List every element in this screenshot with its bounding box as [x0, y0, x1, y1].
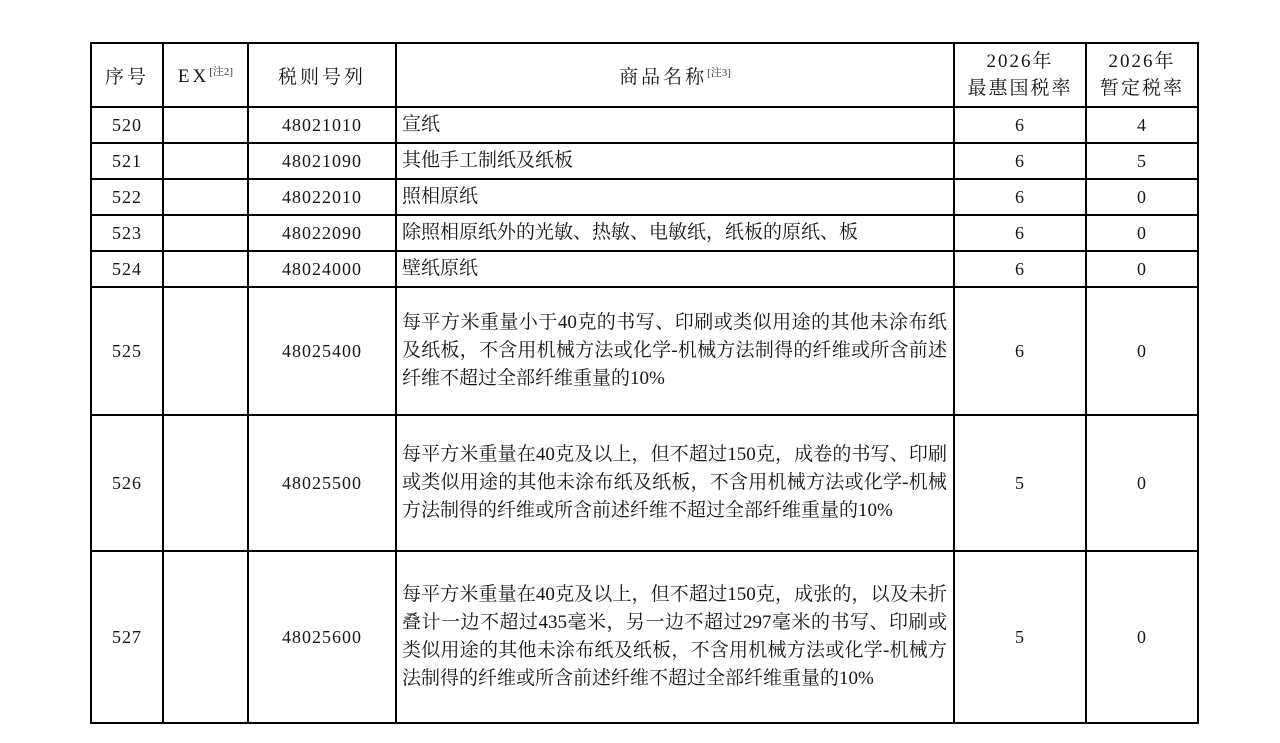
cell-product-name: 宣纸 [396, 107, 954, 143]
cell-seq: 520 [91, 107, 163, 143]
cell-product-name: 壁纸原纸 [396, 251, 954, 287]
cell-seq: 527 [91, 551, 163, 723]
cell-provisional-rate: 0 [1086, 251, 1198, 287]
cell-mfn-rate: 6 [954, 179, 1086, 215]
cell-ex [163, 287, 248, 415]
cell-tariff-no: 48022090 [248, 215, 396, 251]
cell-tariff-no: 48021010 [248, 107, 396, 143]
cell-seq: 521 [91, 143, 163, 179]
table-row: 52048021010宣纸64 [91, 107, 1198, 143]
cell-tariff-no: 48025400 [248, 287, 396, 415]
footnote-ref-3: [注3] [707, 67, 731, 79]
cell-ex [163, 143, 248, 179]
cell-product-name: 照相原纸 [396, 179, 954, 215]
cell-seq: 525 [91, 287, 163, 415]
cell-mfn-rate: 6 [954, 251, 1086, 287]
table-row: 52248022010照相原纸60 [91, 179, 1198, 215]
col-header-product-name-label: 商品名称 [619, 67, 707, 88]
col-header-ex-label: EX [178, 66, 209, 87]
cell-seq: 524 [91, 251, 163, 287]
cell-ex [163, 415, 248, 551]
cell-tariff-no: 48025500 [248, 415, 396, 551]
tariff-rate-table: 序号 EX[注2] 税则号列 商品名称[注3] 2026年 最惠国税率 2026… [90, 42, 1199, 724]
table-row: 52748025600每平方米重量在40克及以上，但不超过150克，成张的，以及… [91, 551, 1198, 723]
cell-tariff-no: 48025600 [248, 551, 396, 723]
col-header-tariff-no: 税则号列 [248, 43, 396, 107]
cell-provisional-rate: 0 [1086, 415, 1198, 551]
cell-mfn-rate: 6 [954, 107, 1086, 143]
cell-provisional-rate: 0 [1086, 215, 1198, 251]
col-header-provisional-rate: 2026年 暂定税率 [1086, 43, 1198, 107]
cell-product-name: 除照相原纸外的光敏、热敏、电敏纸，纸板的原纸、板 [396, 215, 954, 251]
cell-tariff-no: 48021090 [248, 143, 396, 179]
cell-mfn-rate: 5 [954, 415, 1086, 551]
cell-provisional-rate: 5 [1086, 143, 1198, 179]
col-header-product-name: 商品名称[注3] [396, 43, 954, 107]
provisional-rate-year: 2026年 [1087, 48, 1197, 75]
cell-ex [163, 215, 248, 251]
cell-provisional-rate: 0 [1086, 179, 1198, 215]
cell-provisional-rate: 0 [1086, 287, 1198, 415]
table-row: 52448024000壁纸原纸60 [91, 251, 1198, 287]
col-header-ex: EX[注2] [163, 43, 248, 107]
table-row: 52648025500每平方米重量在40克及以上，但不超过150克，成卷的书写、… [91, 415, 1198, 551]
cell-ex [163, 179, 248, 215]
cell-mfn-rate: 6 [954, 143, 1086, 179]
table-row: 52348022090除照相原纸外的光敏、热敏、电敏纸，纸板的原纸、板60 [91, 215, 1198, 251]
mfn-rate-label: 最惠国税率 [955, 75, 1085, 102]
cell-seq: 526 [91, 415, 163, 551]
cell-product-name: 每平方米重量在40克及以上，但不超过150克，成张的，以及未折叠计一边不超过43… [396, 551, 954, 723]
cell-product-name: 其他手工制纸及纸板 [396, 143, 954, 179]
table-row: 52548025400每平方米重量小于40克的书写、印刷或类似用途的其他未涂布纸… [91, 287, 1198, 415]
cell-ex [163, 251, 248, 287]
col-header-seq: 序号 [91, 43, 163, 107]
mfn-rate-year: 2026年 [955, 48, 1085, 75]
cell-seq: 523 [91, 215, 163, 251]
cell-tariff-no: 48024000 [248, 251, 396, 287]
cell-product-name: 每平方米重量在40克及以上，但不超过150克，成卷的书写、印刷或类似用途的其他未… [396, 415, 954, 551]
cell-mfn-rate: 5 [954, 551, 1086, 723]
cell-provisional-rate: 4 [1086, 107, 1198, 143]
cell-ex [163, 551, 248, 723]
cell-mfn-rate: 6 [954, 287, 1086, 415]
provisional-rate-label: 暂定税率 [1087, 75, 1197, 102]
footnote-ref-2: [注2] [209, 66, 233, 78]
cell-seq: 522 [91, 179, 163, 215]
cell-tariff-no: 48022010 [248, 179, 396, 215]
table-row: 52148021090其他手工制纸及纸板65 [91, 143, 1198, 179]
header-row: 序号 EX[注2] 税则号列 商品名称[注3] 2026年 最惠国税率 2026… [91, 43, 1198, 107]
document-page: 序号 EX[注2] 税则号列 商品名称[注3] 2026年 最惠国税率 2026… [0, 0, 1280, 743]
cell-mfn-rate: 6 [954, 215, 1086, 251]
cell-product-name: 每平方米重量小于40克的书写、印刷或类似用途的其他未涂布纸及纸板，不含用机械方法… [396, 287, 954, 415]
col-header-mfn-rate: 2026年 最惠国税率 [954, 43, 1086, 107]
cell-ex [163, 107, 248, 143]
cell-provisional-rate: 0 [1086, 551, 1198, 723]
